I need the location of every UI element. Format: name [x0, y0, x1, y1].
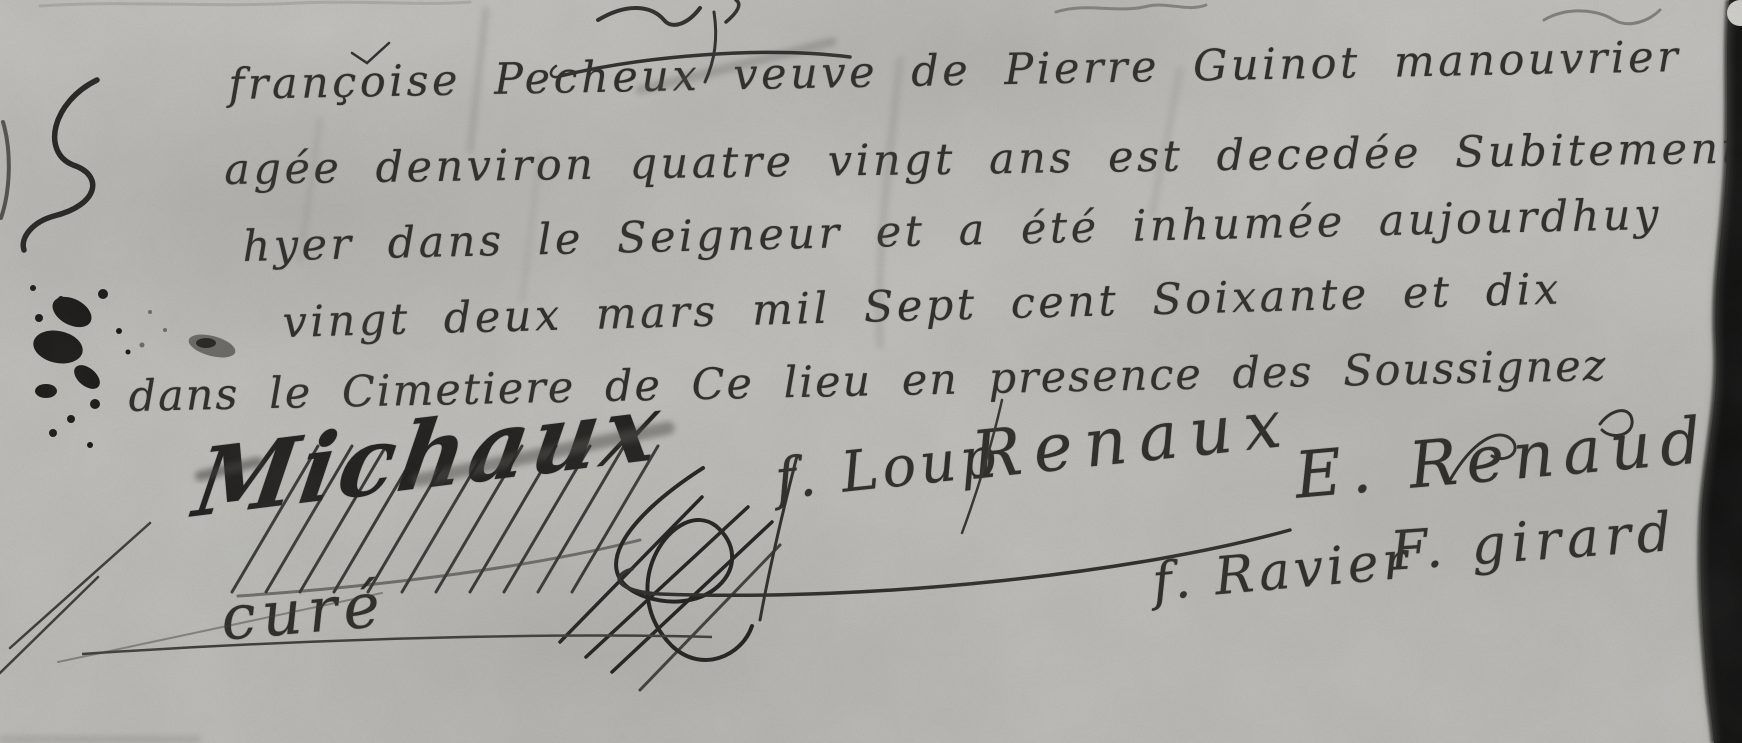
cure-strike-line: [82, 636, 712, 654]
corner-disc: [1727, 0, 1742, 26]
manuscript-line: agée denviron quatre vingt ans est deced…: [224, 124, 1742, 195]
manuscript-line: hyer dans le Seigneur et a été inhumée a…: [242, 190, 1662, 272]
signature-ravier: f. Ravier: [1150, 530, 1414, 612]
left-edge-flourish: [1, 80, 97, 250]
manuscript-scan: françoise Pecheux veuve de Pierre Guinot…: [0, 0, 1742, 743]
ink-blot-cluster: [30, 285, 238, 448]
signature-girard: F. girard: [1388, 500, 1679, 583]
bottom-shade: [0, 736, 200, 743]
scan-edge: [1701, 0, 1742, 743]
signature-michaux-role: curé: [218, 568, 389, 655]
michaux-paraph: [560, 468, 780, 690]
manuscript-line: françoise Pecheux veuve de Pierre Guinot…: [228, 32, 1682, 110]
manuscript-line: vingt deux mars mil Sept cent Soixante e…: [282, 265, 1562, 348]
signature-renaud: E. Renaud: [1292, 404, 1713, 514]
signature-loup: f. Loup: [772, 424, 1003, 512]
